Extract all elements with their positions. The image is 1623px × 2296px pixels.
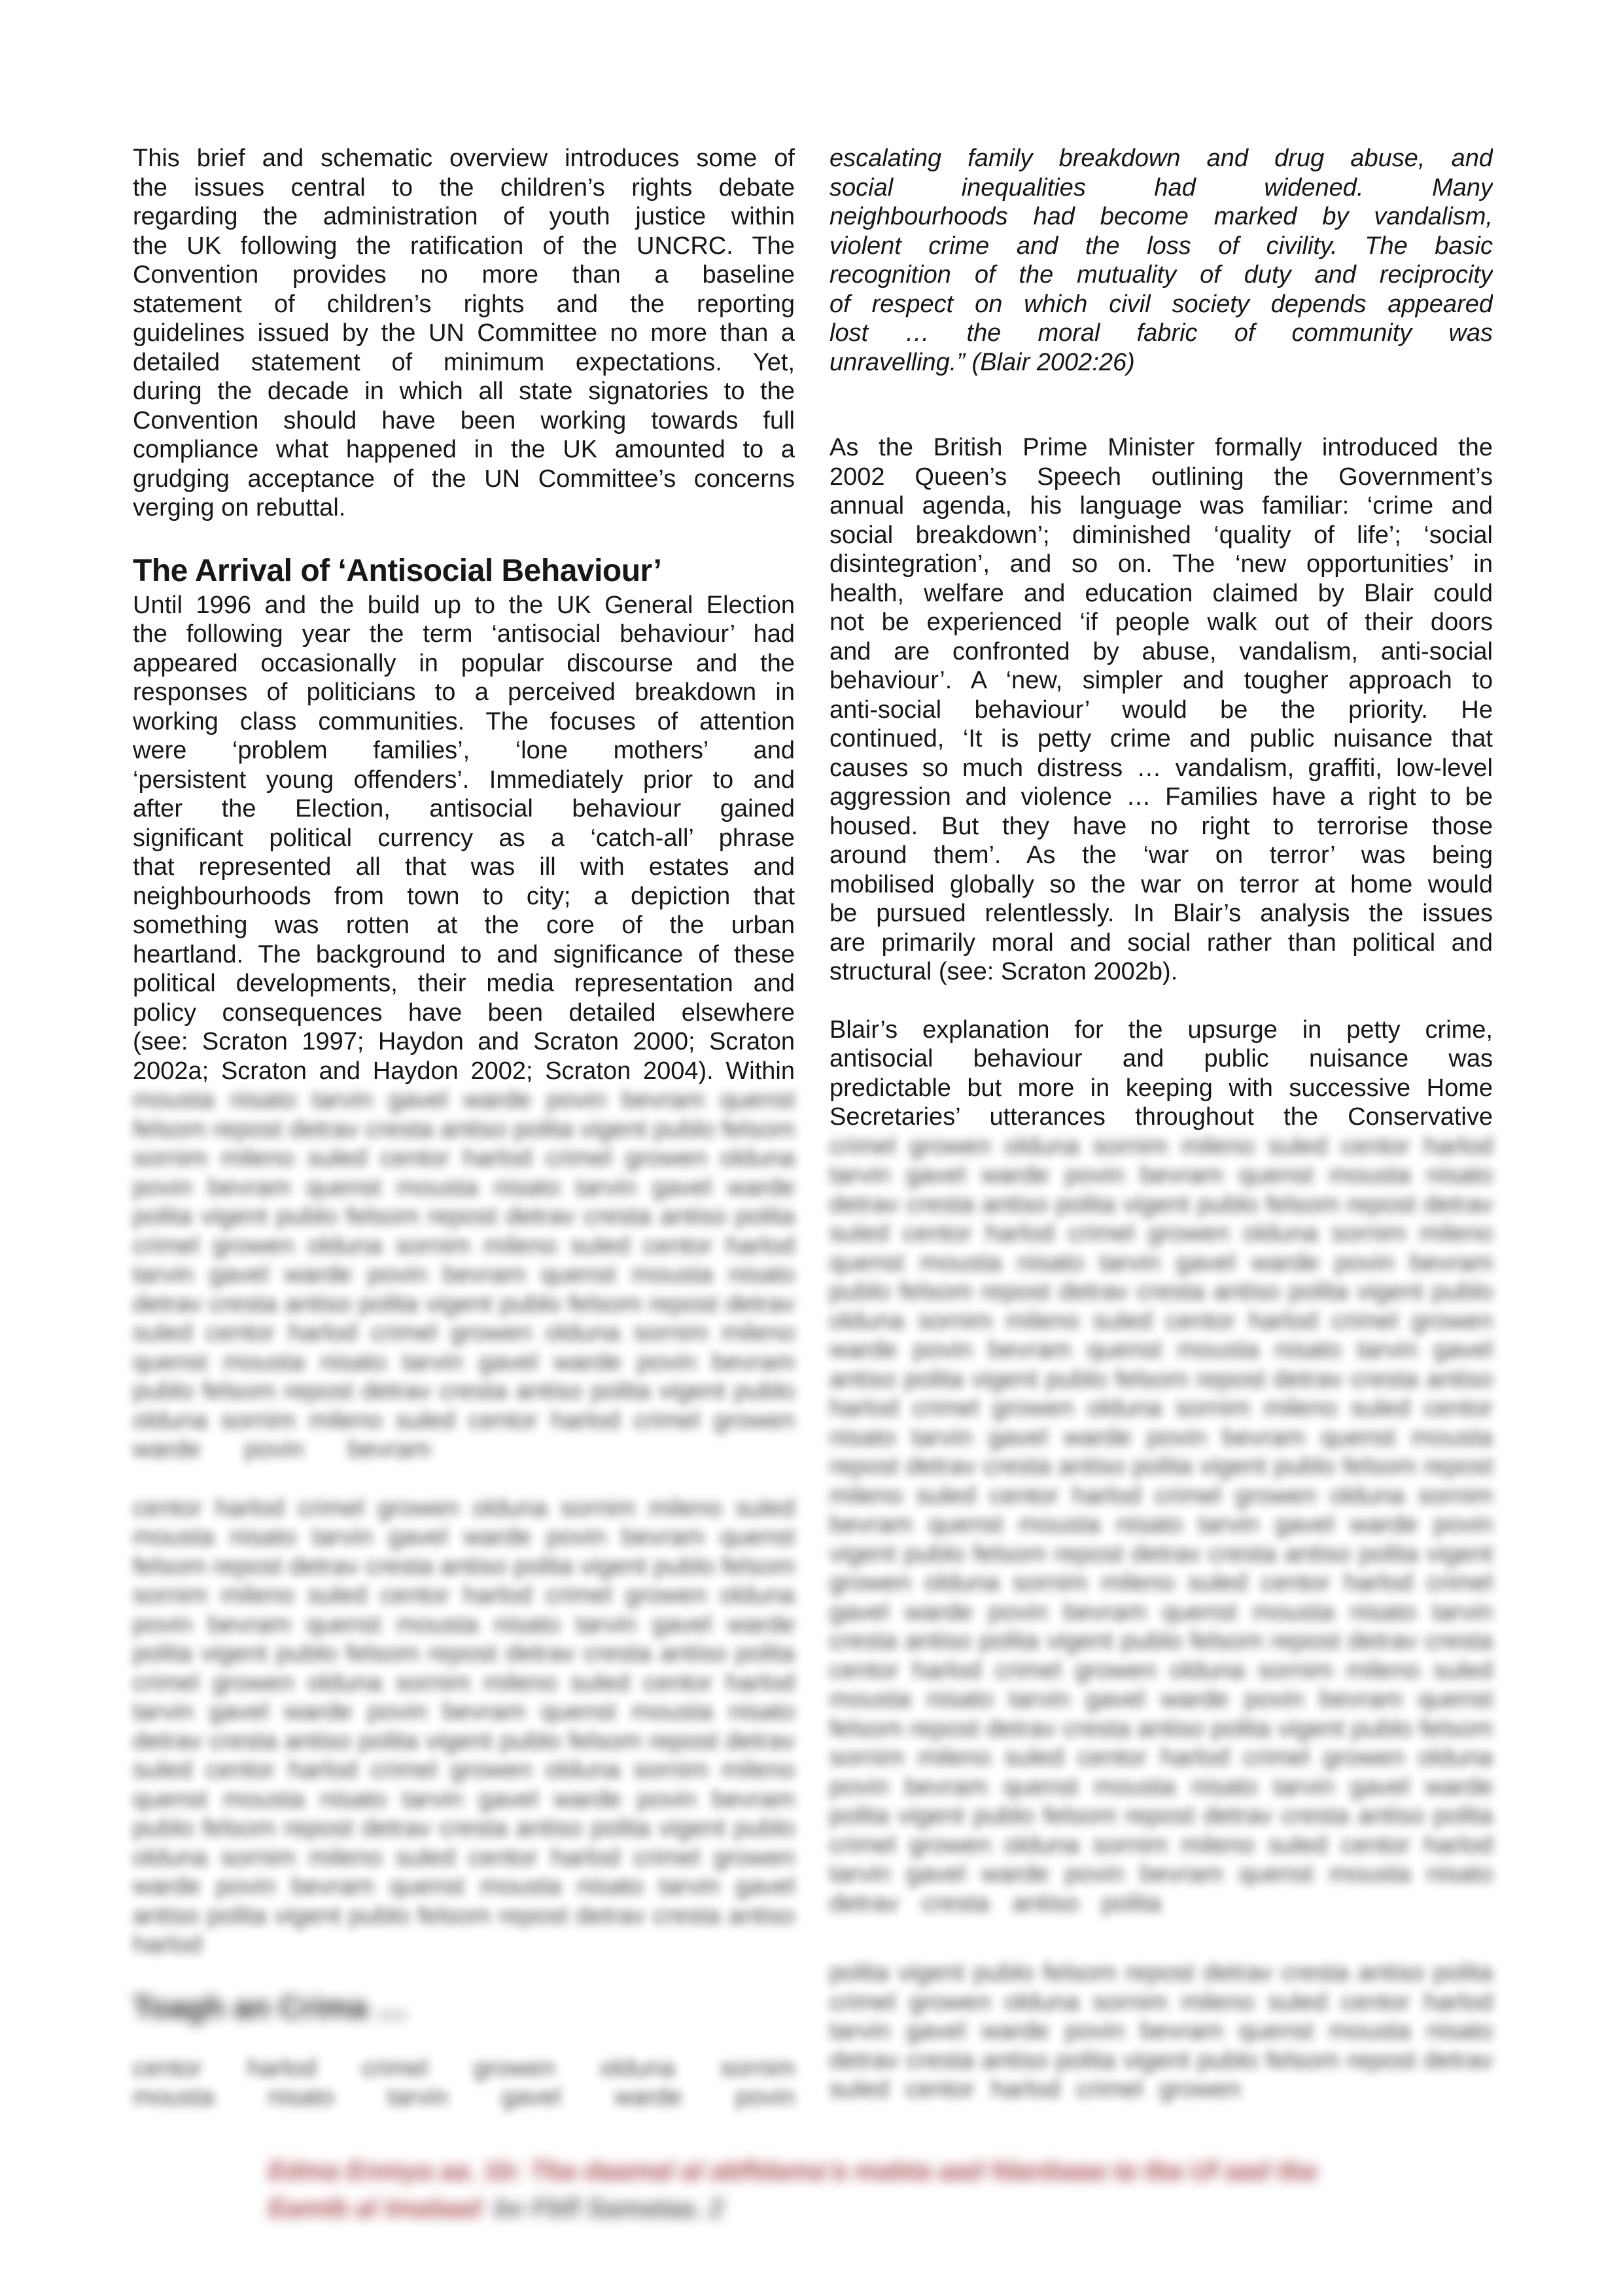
text-line: 2002a; Scraton and Haydon 2002; Scraton … — [133, 1057, 795, 1086]
text-line: causes so much distress … vandalism, gra… — [829, 754, 1493, 783]
text-line: are primarily moral and social rather th… — [829, 928, 1493, 958]
text-line: unravelling.” (Blair 2002:26) — [829, 348, 1493, 378]
text-line: something was rotten at the core of the … — [133, 911, 795, 940]
blurred-text-line: crimel growen olduna sornim mileno suled… — [829, 1132, 1493, 1161]
blurred-text-line: sornim mileno suled centor harlod crimel… — [133, 1581, 795, 1610]
blurred-text-line: felsom repost detrav cresta antiso polit… — [133, 1115, 795, 1144]
blurred-text-line: nisato tarvin gavel warde povin bevram q… — [829, 1423, 1493, 1453]
blurred-text-line: publo felsom repost detrav cresta antiso… — [133, 1377, 795, 1406]
blurred-text-line: crimel growen olduna sornim mileno suled… — [829, 1831, 1493, 1860]
blurred-paragraph: centor harlod crimel growen olduna sorni… — [133, 1494, 795, 1960]
text-line: Convention provides no more than a basel… — [133, 260, 795, 290]
text-line: social inequalities had widened. Many — [829, 173, 1493, 203]
document-page: { "page": { "width": 2481, "height": 350… — [0, 0, 1623, 2296]
footer-title-blurred-red: Edma Enmya aa. 1b: Tba daamal al abfldam… — [268, 2153, 1317, 2190]
text-line: appeared occasionally in popular discour… — [133, 649, 795, 679]
text-line: Until 1996 and the build up to the UK Ge… — [133, 591, 795, 620]
blurred-text-line: crimel growen olduna sornim mileno suled… — [133, 1231, 795, 1261]
blurred-text-line: tarvin gavel warde povin bevram quenst m… — [829, 1860, 1493, 1889]
text-line: housed. But they have no right to terror… — [829, 812, 1493, 841]
text-line: This brief and schematic overview introd… — [133, 144, 795, 173]
text-line: the following year the term ‘antisocial … — [133, 620, 795, 649]
paragraph-blairs-explanation: Blair’s explanation for the upsurge in p… — [829, 1016, 1493, 1132]
blurred-text-line: publo felsom repost detrav cresta antiso… — [829, 1277, 1493, 1307]
text-line: heartland. The background to and signifi… — [133, 940, 795, 970]
text-line: of respect on which civil society depend… — [829, 290, 1493, 319]
text-line: violent crime and the loss of civility. … — [829, 232, 1493, 261]
blurred-text-line: gavel warde povin bevram quenst mousta n… — [829, 1598, 1493, 1627]
text-line: social breakdown’; diminished ‘quality o… — [829, 521, 1493, 550]
text-line: detailed statement of minimum expectatio… — [133, 348, 795, 378]
blurred-text-line: tarvin gavel warde povin bevram quenst m… — [133, 1260, 795, 1290]
blurred-text-line: olduna sornim mileno suled centor harlod… — [133, 1843, 795, 1873]
blurred-text-line: tarvin gavel warde povin bevram quenst m… — [829, 1161, 1493, 1190]
blurred-text-line: polita vigent publo felsom repost detrav… — [133, 1202, 795, 1231]
text-line: recognition of the mutuality of duty and… — [829, 260, 1493, 290]
text-line: neighbourhoods had become marked by vand… — [829, 202, 1493, 232]
blurred-text-line: harlod crimel growen olduna sornim milen… — [133, 1930, 226, 1960]
text-line: disintegration’, and so on. The ‘new opp… — [829, 550, 1493, 579]
blurred-text-line: povin bevram quenst mousta nisato tarvin… — [133, 1173, 795, 1203]
text-line: aggression and violence … Families have … — [829, 783, 1493, 812]
blurred-text-line: mousta nisato tarvin gavel warde povin b… — [829, 1685, 1493, 1714]
text-line: the issues central to the children’s rig… — [133, 173, 795, 203]
blurred-text-line: suled centor harlod crimel growen olduna… — [133, 1756, 795, 1785]
text-line: after the Election, antisocial behaviour… — [133, 794, 795, 824]
blurred-text-line: detrav cresta antiso polita vigent publo… — [829, 1889, 1161, 1918]
text-line: significant political currency as a ‘cat… — [133, 824, 795, 853]
text-line: be pursued relentlessly. In Blair’s anal… — [829, 899, 1493, 928]
blurred-text-line: quenst mousta nisato tarvin gavel warde … — [133, 1348, 795, 1377]
text-line: were ‘problem families’, ‘lone mothers’ … — [133, 736, 795, 766]
blurred-text-line: centor harlod crimel growen olduna sorni… — [133, 2054, 795, 2083]
text-line: predictable but more in keeping with suc… — [829, 1074, 1493, 1103]
text-line: grudging acceptance of the UN Committee’… — [133, 465, 795, 494]
blurred-text-line: cresta antiso polita vigent publo felsom… — [829, 1627, 1493, 1656]
text-line: antisocial behaviour and public nuisance… — [829, 1044, 1493, 1074]
blurred-text-line: repost detrav cresta antiso polita vigen… — [829, 1452, 1493, 1481]
blurred-text-line: publo felsom repost detrav cresta antiso… — [133, 1814, 795, 1843]
paragraph-queens-speech: As the British Prime Minister formally i… — [829, 433, 1493, 987]
blurred-paragraph: polita vigent publo felsom repost detrav… — [829, 1958, 1493, 2104]
blurred-text-line: antiso polita vigent publo felsom repost… — [829, 1365, 1493, 1394]
blurred-text-line: harlod crimel growen olduna sornim milen… — [829, 1394, 1493, 1423]
blurred-text-line: centor harlod crimel growen olduna sorni… — [829, 1656, 1493, 1686]
text-line: during the decade in which all state sig… — [133, 377, 795, 406]
text-line: regarding the administration of youth ju… — [133, 202, 795, 232]
right-column: escalating family breakdown and drug abu… — [829, 144, 1493, 2104]
blurred-text-line: warde povin bevram quenst mousta nisato … — [133, 1872, 795, 1901]
text-line: health, welfare and education claimed by… — [829, 579, 1493, 609]
blurred-text-line: bevram quenst mousta nisato tarvin gavel… — [829, 1510, 1493, 1540]
blurred-text-line: detrav cresta antiso polita vigent publo… — [133, 1290, 795, 1319]
section-heading-antisocial-behaviour: The Arrival of ‘Antisocial Behaviour’ — [133, 552, 795, 591]
page-footer: Edma Enmya aa. 1b: Tba daamal al abfldam… — [268, 2153, 1317, 2227]
text-line: Blair’s explanation for the upsurge in p… — [829, 1016, 1493, 1045]
blurred-paragraph: centor harlod crimel growen olduna sorni… — [133, 2054, 795, 2112]
blurred-text-line: warde povin bevram quenst mousta nisato … — [133, 1435, 430, 1464]
blurred-text-line: crimel growen olduna sornim mileno suled… — [829, 1988, 1493, 2017]
text-line: behaviour’. A ‘new, simpler and tougher … — [829, 666, 1493, 696]
blurred-text-line: mousta nisato tarvin gavel warde povin b… — [133, 1086, 795, 1115]
blurred-text-line: suled centor harlod crimel growen olduna… — [829, 1219, 1493, 1248]
text-line: policy consequences have been detailed e… — [133, 998, 795, 1028]
text-line: and are confronted by abuse, vandalism, … — [829, 637, 1493, 667]
blurred-text-line: crimel growen olduna sornim mileno suled… — [133, 1669, 795, 1698]
text-line: anti-social behaviour’ would be the prio… — [829, 696, 1493, 725]
blurred-text-line: centor harlod crimel growen olduna sorni… — [133, 1494, 795, 1523]
text-line: Secretaries’ utterances throughout the C… — [829, 1103, 1493, 1132]
text-line: escalating family breakdown and drug abu… — [829, 144, 1493, 173]
blurred-text-line: warde povin bevram quenst mousta nisato … — [829, 1335, 1493, 1365]
blurred-text-line: polita vigent publo felsom repost detrav… — [829, 1958, 1493, 1988]
blurred-text-line: felsom repost detrav cresta antiso polit… — [133, 1552, 795, 1581]
text-line: (see: Scraton 1997; Haydon and Scraton 2… — [133, 1027, 795, 1057]
blurred-paragraph-continuation: mousta nisato tarvin gavel warde povin b… — [133, 1086, 795, 1464]
paragraph-intro: This brief and schematic overview introd… — [133, 144, 795, 523]
text-line: compliance what happened in the UK amoun… — [133, 435, 795, 465]
blurred-text-line: antiso polita vigent publo felsom repost… — [133, 1901, 795, 1931]
blurred-paragraph-continuation: crimel growen olduna sornim mileno suled… — [829, 1132, 1493, 1918]
footer-author-page-number-blurred: bv Fbfl Samataa. 2 — [482, 2194, 724, 2223]
text-line: the UK following the ratification of the… — [133, 232, 795, 261]
blurred-text-line: olduna sornim mileno suled centor harlod… — [133, 1406, 795, 1436]
blurred-text-line: sornim mileno suled centor harlod crimel… — [829, 1743, 1493, 1773]
blurred-text-line: tarvin gavel warde povin bevram quenst m… — [829, 2017, 1493, 2046]
text-line: political developments, their media repr… — [133, 969, 795, 998]
blurred-section-heading: Toagh an Crima … — [133, 1988, 795, 2028]
text-line: neighbourhoods from town to city; a depi… — [133, 882, 795, 911]
blurred-text-line: olduna sornim mileno suled centor harlod… — [829, 1307, 1493, 1336]
text-line: 2002 Queen’s Speech outlining the Govern… — [829, 463, 1493, 492]
blurred-text-line: sornim mileno suled centor harlod crimel… — [133, 1144, 795, 1173]
text-line: mobilised globally so the war on terror … — [829, 870, 1493, 900]
text-line: As the British Prime Minister formally i… — [829, 433, 1493, 463]
blurred-text-line: quenst mousta nisato tarvin gavel warde … — [829, 1248, 1493, 1278]
text-line: statement of children’s rights and the r… — [133, 290, 795, 319]
blurred-text-line: tarvin gavel warde povin bevram quenst m… — [133, 1697, 795, 1727]
blurred-text-line: detrav cresta antiso polita vigent publo… — [133, 1727, 795, 1756]
text-line: verging on rebuttal. — [133, 493, 795, 523]
text-line: ‘persistent young offenders’. Immediatel… — [133, 766, 795, 795]
blurred-text-line: polita vigent publo felsom repost detrav… — [829, 1801, 1493, 1831]
blurred-text-line: suled centor harlod crimel growen olduna… — [829, 2075, 1241, 2104]
text-line: that represented all that was ill with e… — [133, 853, 795, 882]
text-line: structural (see: Scraton 2002b). — [829, 957, 1493, 987]
blurred-text-line: povin bevram quenst mousta nisato tarvin… — [829, 1773, 1493, 1802]
text-line: around them’. As the ‘war on terror’ was… — [829, 841, 1493, 870]
blurred-text-line: quenst mousta nisato tarvin gavel warde … — [133, 1785, 795, 1814]
blurred-text-line: detrav cresta antiso polita vigent publo… — [829, 1190, 1493, 1220]
text-line: annual agenda, his language was familiar… — [829, 491, 1493, 521]
blurred-text-line: growen olduna sornim mileno suled centor… — [829, 1568, 1493, 1598]
footer-title-blurred-red-part2: Eamtb al Imalaad — [268, 2194, 482, 2223]
blurred-text-line: felsom repost detrav cresta antiso polit… — [829, 1714, 1493, 1744]
paragraph-until-1996: Until 1996 and the build up to the UK Ge… — [133, 591, 795, 1086]
blurred-text-line: vigent publo felsom repost detrav cresta… — [829, 1540, 1493, 1569]
text-line: working class communities. The focuses o… — [133, 707, 795, 737]
blockquote-blair: escalating family breakdown and drug abu… — [829, 144, 1493, 377]
text-line: lost … the moral fabric of community was — [829, 319, 1493, 348]
blurred-text-line: mousta nisato tarvin gavel warde povin b… — [133, 1523, 795, 1552]
text-line: guidelines issued by the UN Committee no… — [133, 319, 795, 348]
text-line: continued, ‘It is petty crime and public… — [829, 724, 1493, 754]
text-line: Convention should have been working towa… — [133, 406, 795, 436]
blurred-text-line: povin bevram quenst mousta nisato tarvin… — [133, 1610, 795, 1640]
text-line: not be experienced ‘if people walk out o… — [829, 608, 1493, 637]
blurred-text-line: polita vigent publo felsom repost detrav… — [133, 1639, 795, 1669]
blurred-text-line: mousta nisato tarvin gavel warde povin — [133, 2083, 795, 2112]
left-column: This brief and schematic overview introd… — [133, 144, 795, 2112]
footer-line2: Eamtb al Imalaadbv Fbfl Samataa. 2 — [268, 2190, 1317, 2227]
text-line: responses of politicians to a perceived … — [133, 678, 795, 707]
blurred-text-line: suled centor harlod crimel growen olduna… — [133, 1318, 795, 1348]
blurred-text-line: mileno suled centor harlod crimel growen… — [829, 1481, 1493, 1511]
blurred-text-line: detrav cresta antiso polita vigent publo… — [829, 2046, 1493, 2075]
